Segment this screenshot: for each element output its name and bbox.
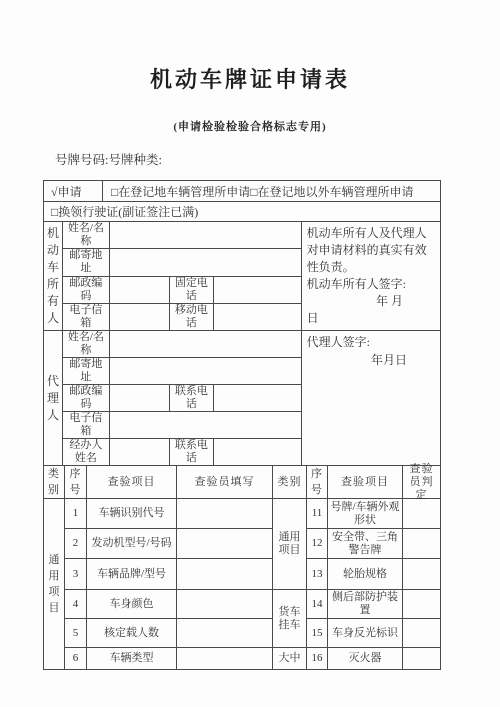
agent-handler-name-label: 经办人姓名 (63, 439, 110, 465)
row11-no: 11 (307, 499, 328, 529)
agent-name-label: 姓名/名称 (63, 331, 110, 357)
row1-item: 车辆识别代号 (87, 499, 177, 529)
row6-no: 6 (65, 648, 87, 669)
row14-judge (403, 590, 440, 619)
agent-handler-phone-value (214, 439, 301, 465)
row13-judge (403, 559, 440, 590)
row3-item: 车辆品牌/型号 (87, 559, 177, 590)
owner-mobile-phone-label: 移动电话 (170, 304, 214, 330)
row6-fill (177, 648, 273, 669)
agent-email-label: 电子信箱 (63, 412, 110, 438)
row6-item: 车辆类型 (87, 648, 177, 669)
agent-address-value (110, 358, 301, 384)
header-inspector-judge: 查验员判定 (403, 466, 440, 499)
owner-date-day: 日 (307, 310, 435, 327)
form-sheet: 机动车牌证申请表 (申请检验检验合格标志专用) 号牌号码:号牌种类: √申请 □… (0, 0, 500, 707)
owner-name-value (110, 222, 301, 248)
agent-fields: 姓名/名称 邮寄地址 邮政编码 联系电话 电子信箱 (63, 331, 302, 465)
row3-no: 3 (65, 559, 87, 590)
apply-checked-option: √申请 (44, 181, 103, 201)
page-subtitle: (申请检验检验合格标志专用) (0, 118, 500, 134)
row2-item: 发动机型号/号码 (87, 529, 177, 559)
row13-no: 13 (307, 559, 328, 590)
row12-no: 12 (307, 529, 328, 559)
header-category-left: 类别 (44, 466, 65, 499)
inspection-table: 类别 序号 查验项目 查验员填写 类别 序号 查验项目 查验员判定 通用项目 1… (44, 466, 440, 669)
header-inspector-fill: 查验员填写 (177, 466, 273, 499)
row4-no: 4 (65, 590, 87, 619)
header-no-left: 序号 (65, 466, 87, 499)
renew-license-row: □换领行驶证(副证签注已满) (44, 202, 440, 222)
row4-fill (177, 590, 273, 619)
row15-no: 15 (307, 619, 328, 648)
row5-fill (177, 619, 273, 648)
agent-handler-name-value (110, 439, 170, 465)
agent-address-row: 邮寄地址 (63, 358, 301, 385)
row2-no: 2 (65, 529, 87, 559)
apply-location-options: □在登记地车辆管理所申请□在登记地以外车辆管理所申请 (103, 181, 440, 201)
agent-signature-area: 代理人签字: 年月日 (302, 331, 440, 465)
owner-fixed-phone-label: 固定电话 (170, 277, 214, 303)
row16-item: 灭火器 (328, 648, 403, 669)
agent-postcode-row: 邮政编码 联系电话 (63, 385, 301, 412)
row5-no: 5 (65, 619, 87, 648)
row1-fill (177, 499, 273, 529)
row2-fill (177, 529, 273, 559)
page-title: 机动车牌证申请表 (0, 0, 500, 94)
agent-contact-phone-value (214, 385, 301, 411)
row12-judge (403, 529, 440, 559)
owner-postcode-label: 邮政编码 (63, 277, 110, 303)
owner-email-value (110, 304, 170, 330)
row16-no: 16 (307, 648, 328, 669)
owner-email-row: 电子信箱 移动电话 (63, 304, 301, 330)
right-category-general: 通用项目 (273, 499, 307, 590)
row11-item: 号牌/车辆外观形状 (328, 499, 403, 529)
row15-judge (403, 619, 440, 648)
agent-email-value (110, 412, 301, 438)
header-item-right: 查验项目 (328, 466, 403, 499)
owner-address-label: 邮寄地址 (63, 249, 110, 275)
agent-email-row: 电子信箱 (63, 412, 301, 439)
row1-no: 1 (65, 499, 87, 529)
header-no-right: 序号 (307, 466, 328, 499)
owner-sign-label: 机动车所有人签字: (307, 276, 435, 293)
agent-section: 代理人 姓名/名称 邮寄地址 邮政编码 联系电话 电子信箱 (44, 331, 440, 466)
row16-judge (403, 648, 440, 669)
left-category-general: 通用项目 (44, 499, 65, 669)
owner-email-label: 电子信箱 (63, 304, 110, 330)
agent-handler-row: 经办人姓名 联系电话 (63, 439, 301, 465)
agent-postcode-label: 邮政编码 (63, 385, 110, 411)
right-category-truck-trailer: 货车挂车 (273, 590, 307, 648)
owner-name-label: 姓名/名称 (63, 222, 110, 248)
agent-date-line: 年月日 (307, 352, 435, 369)
agent-address-label: 邮寄地址 (63, 358, 110, 384)
owner-date-year-month: 年 月 (307, 293, 435, 310)
owner-fixed-phone-value (214, 277, 301, 303)
header-category-right: 类别 (273, 466, 307, 499)
owner-postcode-value (110, 277, 170, 303)
application-form-table: √申请 □在登记地车辆管理所申请□在登记地以外车辆管理所申请 □换领行驶证(副证… (43, 180, 441, 670)
owner-fields: 姓名/名称 邮寄地址 邮政编码 固定电话 电子信箱 移动电话 (63, 222, 302, 330)
agent-postcode-value (110, 385, 170, 411)
row12-item: 安全带、三角警告牌 (328, 529, 403, 559)
row5-item: 核定载人数 (87, 619, 177, 648)
owner-side-label: 机动车所有人 (44, 222, 63, 330)
owner-name-row: 姓名/名称 (63, 222, 301, 249)
agent-sign-label: 代理人签字: (307, 334, 435, 351)
plate-number-line: 号牌号码:号牌种类: (55, 150, 500, 168)
owner-declaration: 机动车所有人及代理人对申请材料的真实有效性负责。 (307, 225, 435, 276)
row3-fill (177, 559, 273, 590)
row11-judge (403, 499, 440, 529)
agent-side-label: 代理人 (44, 331, 63, 465)
agent-contact-phone-label: 联系电话 (170, 385, 214, 411)
owner-address-row: 邮寄地址 (63, 249, 301, 276)
agent-name-row: 姓名/名称 (63, 331, 301, 358)
owner-mobile-phone-value (214, 304, 301, 330)
agent-handler-phone-label: 联系电话 (170, 439, 214, 465)
row15-item: 车身反光标识 (328, 619, 403, 648)
row4-item: 车身颜色 (87, 590, 177, 619)
agent-name-value (110, 331, 301, 357)
owner-section: 机动车所有人 姓名/名称 邮寄地址 邮政编码 固定电话 电子信箱 (44, 222, 440, 331)
row14-no: 14 (307, 590, 328, 619)
owner-postcode-row: 邮政编码 固定电话 (63, 277, 301, 304)
header-item-left: 查验项目 (87, 466, 177, 499)
right-category-large-medium: 大中 (273, 648, 307, 669)
row13-item: 轮胎规格 (328, 559, 403, 590)
row14-item: 侧后部防护装置 (328, 590, 403, 619)
owner-signature-area: 机动车所有人及代理人对申请材料的真实有效性负责。 机动车所有人签字: 年 月 日 (302, 222, 440, 330)
owner-address-value (110, 249, 301, 275)
apply-row: √申请 □在登记地车辆管理所申请□在登记地以外车辆管理所申请 (44, 181, 440, 202)
